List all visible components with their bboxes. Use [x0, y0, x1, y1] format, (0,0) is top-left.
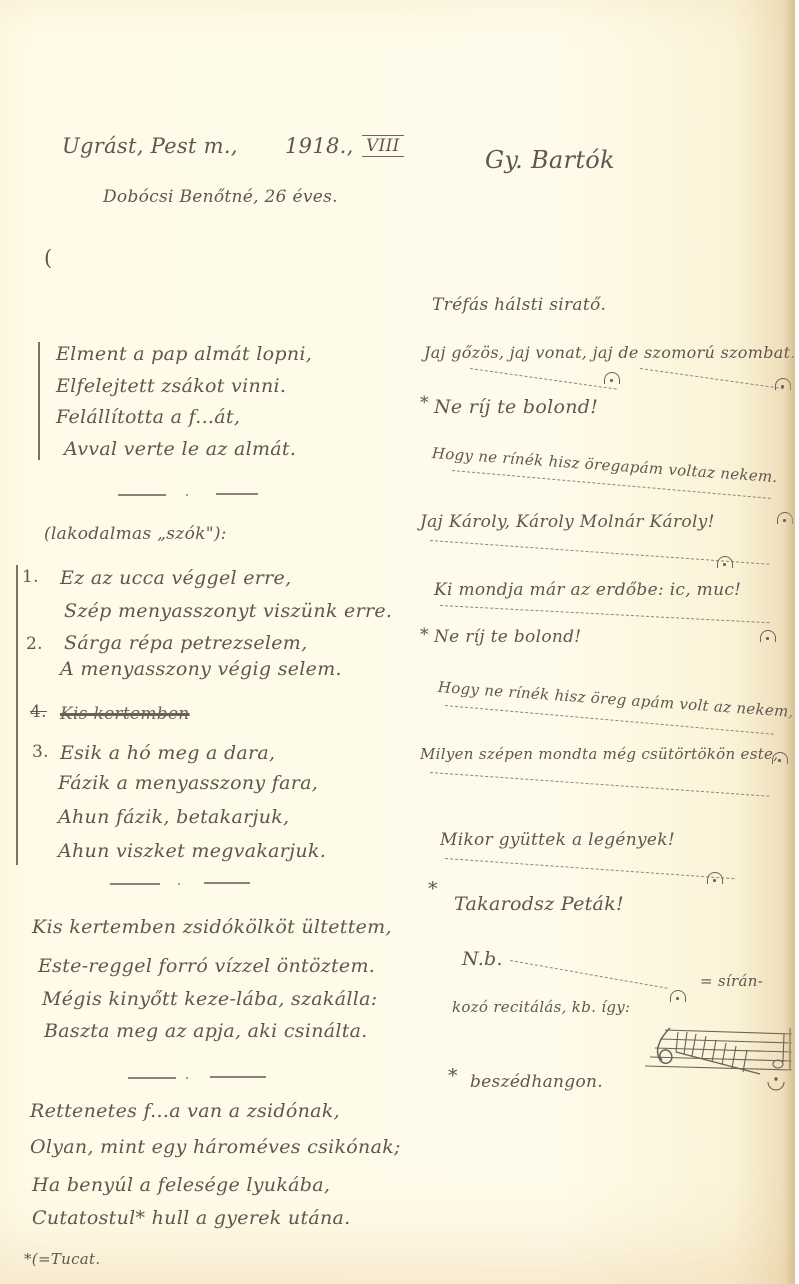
- section-divider: [204, 882, 250, 884]
- verse-3-line: Rettenetes f...a van a zsidónak,: [30, 1100, 340, 1122]
- lament-line: Jaj Károly, Károly Molnár Károly!: [420, 512, 715, 532]
- verse-2-line: Baszta meg az apja, aki csinálta.: [44, 1020, 368, 1042]
- fermata-icon: [604, 372, 620, 384]
- item-number: 3.: [32, 742, 49, 762]
- lament-line: Ki mondja már az erdőbe: ic, muc!: [434, 580, 741, 600]
- struck-line: Kis kertemben: [60, 704, 190, 724]
- fermata-icon: [760, 630, 776, 642]
- header-location: Ugrást, Pest m.,: [62, 134, 238, 158]
- verse-3-line: Olyan, mint egy hároméves csikónak;: [30, 1136, 401, 1158]
- fermata-icon: [707, 872, 723, 884]
- pitch-line: [440, 605, 770, 623]
- informant-name: Dobócsi Benőtné, 26 éves.: [103, 187, 338, 207]
- lament-line: Ne ríj te bolond!: [434, 627, 581, 647]
- item-number: 1.: [22, 567, 39, 587]
- lament-line: Ne ríj te bolond!: [434, 396, 598, 418]
- fermata-icon: [670, 990, 686, 1002]
- item-line: Ahun fázik, betakarjuk,: [58, 806, 289, 828]
- verse-2-line: Kis kertemben zsidókölköt ültettem,: [32, 916, 392, 938]
- verse-1-line: Felállította a f...át,: [56, 406, 240, 428]
- nb-side-note: = sírán-: [700, 972, 763, 990]
- section-divider: [118, 494, 166, 496]
- section-label: (lakodalmas „szók"):: [44, 524, 227, 544]
- header-date: 1918.,: [285, 134, 354, 158]
- right-title: Tréfás hálsti siratő.: [432, 295, 606, 315]
- lament-line: Jaj gőzös, jaj vonat, jaj de szomorú szo…: [424, 343, 796, 362]
- item-number: 2.: [26, 634, 43, 654]
- lament-line: Hogy ne rínék hisz öregapám voltaz nekem…: [431, 444, 778, 486]
- lament-line: Milyen szépen mondta még csütörtökön est…: [420, 745, 778, 763]
- verse-bracket: [38, 342, 40, 460]
- nb-text: kozó recitálás, kb. így:: [452, 998, 630, 1016]
- fermata-icon: [717, 556, 733, 568]
- item-line: Ahun viszket megvakarjuk.: [58, 840, 326, 862]
- collector-signature: Gy. Bartók: [485, 146, 615, 174]
- lament-line: Hogy ne rínék hisz öreg apám volt az nek…: [437, 678, 794, 721]
- item-line: A menyasszony végig selem.: [60, 658, 342, 680]
- header-month: VIII: [362, 135, 404, 157]
- verse-1-line: Elfelejtett zsákot vinni.: [56, 375, 286, 397]
- open-parenthesis: (: [44, 246, 53, 270]
- pitch-line: [445, 858, 734, 879]
- item-line: Esik a hó meg a dara,: [60, 742, 275, 764]
- fermata-icon: [775, 378, 791, 390]
- pitch-line: [430, 772, 769, 797]
- fermata-icon: [777, 512, 793, 524]
- verse-1-line: Avval verte le az almát.: [64, 438, 296, 460]
- pitch-line: [510, 960, 668, 989]
- section-bracket: [16, 565, 18, 865]
- lament-line: Takarodsz Peták!: [454, 893, 624, 915]
- item-line: Fázik a menyasszony fara,: [58, 772, 318, 794]
- verse-3-line: Cutatostul* hull a gyerek utána.: [32, 1207, 351, 1229]
- verse-3-line: Ha benyúl a felesége lyukába,: [32, 1174, 330, 1196]
- section-divider: [210, 1076, 266, 1078]
- manuscript-page: Ugrást, Pest m., 1918., VIII Gy. Bartók …: [0, 0, 795, 1284]
- verse-1-line: Elment a pap almát lopni,: [56, 343, 312, 365]
- section-divider: [128, 1077, 176, 1079]
- music-staff-icon: [640, 1020, 795, 1100]
- section-divider-dot: [178, 883, 180, 885]
- asterisk: *: [420, 393, 429, 413]
- item-line: Szép menyasszonyt viszünk erre.: [64, 600, 392, 622]
- section-divider: [216, 493, 258, 495]
- nb-label: N.b.: [462, 948, 503, 970]
- lament-line: Mikor gyüttek a legények!: [440, 830, 675, 850]
- asterisk: *: [428, 878, 438, 900]
- item-line: Ez az ucca véggel erre,: [60, 567, 291, 589]
- section-divider-dot: [186, 1077, 188, 1079]
- item-line: Sárga répa petrezselem,: [64, 632, 307, 654]
- section-divider: [110, 883, 160, 885]
- footnote: *(=Tucat.: [24, 1250, 100, 1268]
- fermata-icon: [772, 752, 788, 764]
- item-number-struck: 4.: [30, 702, 47, 722]
- asterisk: *: [420, 625, 429, 645]
- verse-2-line: Mégis kinyőtt keze-lába, szakálla:: [42, 988, 377, 1010]
- final-note: beszédhangon.: [470, 1072, 603, 1092]
- asterisk: *: [448, 1065, 458, 1087]
- pitch-line: [470, 368, 617, 390]
- verse-2-line: Este-reggel forró vízzel öntöztem.: [38, 955, 375, 977]
- section-divider-dot: [186, 494, 188, 496]
- pitch-line: [640, 368, 784, 389]
